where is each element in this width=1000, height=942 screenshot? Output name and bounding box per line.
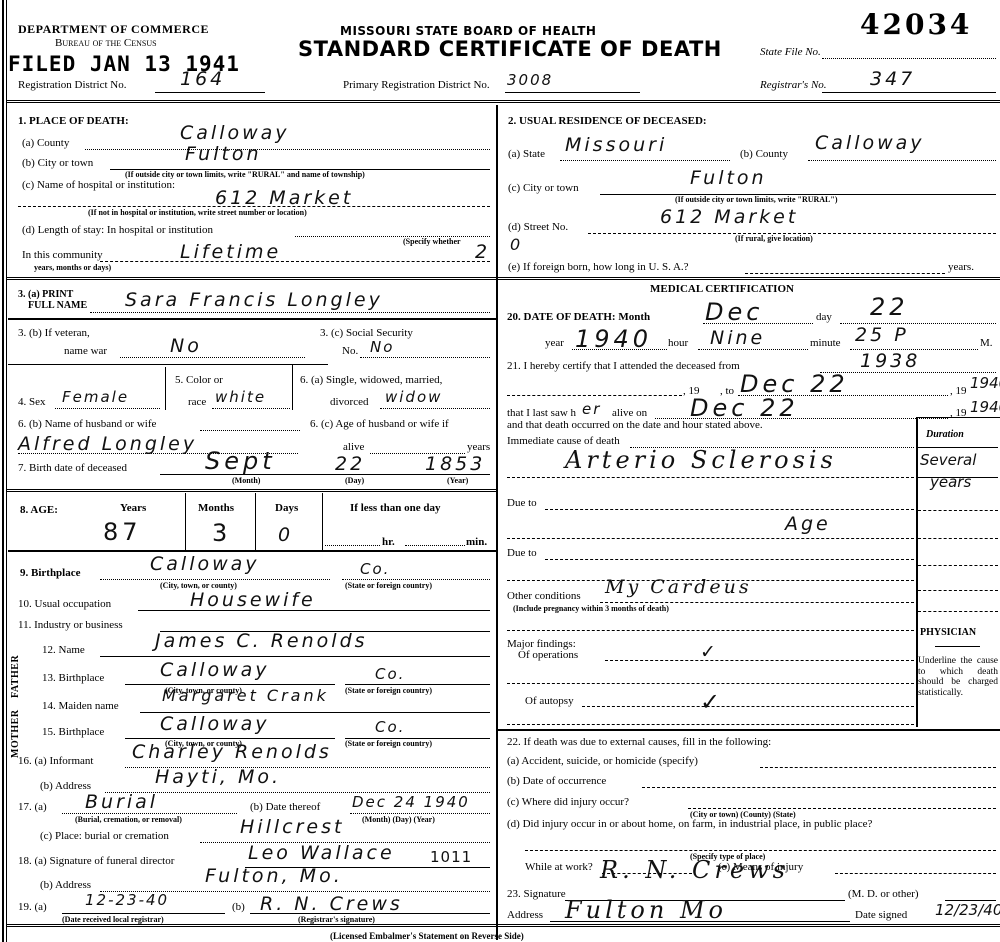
state-file-number: 42034 bbox=[860, 8, 972, 41]
last-saw-date: Dec 22 bbox=[690, 396, 799, 420]
disposal-cap: (Burial, cremation, or removal) bbox=[75, 816, 182, 824]
father-state-cap: (State or foreign country) bbox=[345, 687, 432, 695]
funeral-stamp-mark: 1011 bbox=[430, 850, 472, 865]
physician-label: PHYSICIAN bbox=[920, 628, 976, 638]
color-value: white bbox=[215, 390, 266, 405]
death-date-label: 20. DATE OF DEATH: Month bbox=[507, 312, 650, 323]
date-cap: (Month) (Day) (Year) bbox=[362, 816, 435, 824]
last-saw-pronoun: er bbox=[582, 402, 601, 417]
death-hour: Nine bbox=[710, 329, 765, 348]
registrar-sig-cap: (Registrar's signature) bbox=[298, 916, 375, 924]
dept-heading: DEPARTMENT OF COMMERCE bbox=[18, 22, 209, 37]
funeral-address-label: (b) Address bbox=[40, 880, 91, 891]
primary-district-value: 3008 bbox=[507, 73, 553, 88]
due-to-1-label: Due to bbox=[507, 498, 537, 509]
occupation-value: Housewife bbox=[190, 591, 316, 610]
father-name-label: 12. Name bbox=[42, 645, 85, 656]
county-value: Calloway bbox=[180, 124, 290, 143]
informant-address-value: Hayti, Mo. bbox=[155, 768, 281, 787]
spouse-value: Alfred Longley bbox=[18, 435, 197, 454]
attended-from: 1938 bbox=[860, 352, 920, 371]
received-label: 19. (a) bbox=[18, 902, 47, 913]
burial-place-value: Hillcrest bbox=[240, 818, 344, 837]
disposal-value: Burial bbox=[85, 793, 158, 812]
res-county-label: (b) County bbox=[740, 149, 788, 160]
date-thereof-label: (b) Date thereof bbox=[250, 802, 320, 813]
res-street-note: (If rural, give location) bbox=[735, 235, 813, 243]
informant-label: 16. (a) Informant bbox=[18, 756, 93, 767]
physician-address-label: Address bbox=[507, 910, 543, 921]
other-conditions-label: Other conditions bbox=[507, 591, 581, 602]
full-name-value: Sara Francis Longley bbox=[125, 291, 383, 310]
other-conditions-value: My Cardeus bbox=[605, 578, 752, 597]
mother-birth-state: Co. bbox=[375, 720, 405, 735]
hospital-label: (c) Name of hospital or institution: bbox=[22, 180, 175, 191]
father-birth-city: Calloway bbox=[160, 661, 270, 680]
residence-heading: 2. USUAL RESIDENCE OF DECEASED: bbox=[508, 116, 707, 127]
ss-value: No bbox=[370, 340, 394, 355]
year-label: year bbox=[545, 338, 564, 349]
funeral-director-label: 18. (a) Signature of funeral director bbox=[18, 856, 174, 867]
duration-label: Duration bbox=[926, 430, 964, 440]
days-value: 0 bbox=[278, 526, 293, 545]
years-label: Years bbox=[120, 503, 146, 514]
left-border bbox=[2, 0, 4, 942]
state-cap: (State or foreign country) bbox=[345, 582, 432, 590]
registrar-no-value: 347 bbox=[870, 70, 915, 89]
state-file-label: State File No. bbox=[760, 47, 821, 58]
ss-label-1: 3. (c) Social Security bbox=[320, 328, 413, 339]
birthplace-city: Calloway bbox=[150, 555, 260, 574]
marital-label-2: divorced bbox=[330, 397, 368, 408]
birth-day: 22 bbox=[335, 455, 365, 474]
medical-heading: MEDICAL CERTIFICATION bbox=[650, 284, 794, 295]
home-label: (d) Did injury occur in or about home, o… bbox=[507, 819, 872, 830]
place-heading: 1. PLACE OF DEATH: bbox=[18, 116, 129, 127]
mother-birth-city: Calloway bbox=[160, 715, 270, 734]
primary-district-label: Primary Registration District No. bbox=[343, 80, 490, 91]
months-value: 3 bbox=[212, 521, 231, 545]
color-label-1: 5. Color or bbox=[175, 375, 223, 386]
reg-district-label: Registration District No. bbox=[18, 80, 126, 91]
cause-value: Arterio Sclerosis bbox=[565, 448, 837, 472]
res-street-label: (d) Street No. bbox=[508, 222, 568, 233]
birthplace-label: 9. Birthplace bbox=[20, 568, 81, 579]
due-to-2-label: Due to bbox=[507, 548, 537, 559]
year-cap: (Year) bbox=[447, 477, 468, 485]
name-label-2: FULL NAME bbox=[28, 301, 87, 311]
mother-state-cap: (State or foreign country) bbox=[345, 740, 432, 748]
minute-label: minute bbox=[810, 338, 841, 349]
mother-name-label: 14. Maiden name bbox=[42, 701, 119, 712]
res-street-value: 612 Market bbox=[660, 208, 798, 227]
spouse-age-label-2: alive bbox=[343, 442, 364, 453]
day-cap: (Day) bbox=[345, 477, 364, 485]
foreign-label: (e) If foreign born, how long in U. S. A… bbox=[508, 262, 689, 273]
received-value: 12-23-40 bbox=[85, 893, 169, 908]
month-cap: (Month) bbox=[232, 477, 260, 485]
duration-value-1: Several bbox=[920, 453, 976, 468]
column-divider bbox=[496, 105, 498, 940]
specify-note: (Specify whether bbox=[403, 238, 461, 246]
other-note: (Include pregnancy within 3 months of de… bbox=[513, 605, 669, 613]
industry-label: 11. Industry or business bbox=[18, 620, 123, 631]
min-label: min. bbox=[466, 537, 487, 548]
last-saw-year: 1940 bbox=[970, 400, 1000, 415]
marital-value: widow bbox=[385, 390, 442, 405]
res-state-value: Missouri bbox=[565, 136, 667, 155]
father-birth-state: Co. bbox=[375, 667, 405, 682]
external-heading: 22. If death was due to external causes,… bbox=[507, 737, 771, 748]
months-label: Months bbox=[198, 503, 234, 514]
date-signed-label: Date signed bbox=[855, 910, 907, 921]
birth-year: 1853 bbox=[425, 455, 485, 474]
days-label: Days bbox=[275, 503, 298, 514]
name-label-1: 3. (a) PRINT bbox=[18, 290, 73, 300]
last-saw-label: that I last saw h bbox=[507, 408, 576, 419]
date-thereof-value: Dec 24 1940 bbox=[352, 795, 470, 810]
birth-label: 7. Birth date of deceased bbox=[18, 463, 127, 474]
to-year: 1940 bbox=[970, 376, 1000, 391]
veteran-label-1: 3. (b) If veteran, bbox=[18, 328, 90, 339]
burial-place-label: (c) Place: burial or cremation bbox=[40, 831, 169, 842]
footer-note: (Licensed Embalmer's Statement on Revers… bbox=[330, 932, 524, 941]
hospital-note: (If not in hospital or institution, writ… bbox=[88, 209, 307, 217]
operations-label: Of operations bbox=[518, 650, 578, 661]
autopsy-label: Of autopsy bbox=[525, 696, 574, 707]
foreign-unit: years. bbox=[948, 262, 974, 273]
mother-name-value: Margaret Crank bbox=[162, 688, 329, 704]
underline-note: Underline the cause to which death shoul… bbox=[918, 656, 998, 699]
alive-on-label: alive on bbox=[612, 408, 647, 419]
m-label: M. bbox=[980, 338, 993, 349]
funeral-address-value: Fulton, Mo. bbox=[205, 867, 343, 886]
date-signed-value: 12/23/40 bbox=[935, 903, 1000, 918]
board-heading: MISSOURI STATE BOARD OF HEALTH bbox=[340, 24, 596, 38]
years-value: 87 bbox=[103, 520, 142, 544]
disposal-label: 17. (a) bbox=[18, 802, 47, 813]
spouse-label: 6. (b) Name of husband or wife bbox=[18, 419, 156, 430]
sex-label: 4. Sex bbox=[18, 397, 46, 408]
at-work-label: While at work? bbox=[525, 862, 593, 873]
signature-value: R. N. Crews bbox=[600, 858, 789, 882]
due-to-mark: Age bbox=[785, 515, 831, 534]
reg-district-value: 164 bbox=[180, 70, 225, 89]
veteran-value: No bbox=[170, 337, 202, 356]
city-label: (b) City or town bbox=[22, 158, 93, 169]
res-state-label: (a) State bbox=[508, 149, 545, 160]
sex-value: Female bbox=[62, 390, 129, 405]
county-label: (a) County bbox=[22, 138, 69, 149]
community-label: In this community bbox=[22, 250, 103, 261]
where-label: (c) Where did injury occur? bbox=[507, 797, 629, 808]
birthplace-state: Co. bbox=[360, 562, 390, 577]
marital-label-1: 6. (a) Single, widowed, married, bbox=[300, 375, 442, 386]
mother-birth-label: 15. Birthplace bbox=[42, 727, 104, 738]
accident-label: (a) Accident, suicide, or homicide (spec… bbox=[507, 756, 698, 767]
community-mark: 2 bbox=[475, 243, 490, 262]
registrar-no-label: Registrar's No. bbox=[760, 80, 827, 91]
autopsy-check: ✓ bbox=[700, 690, 724, 714]
community-note: years, months or days) bbox=[34, 264, 111, 272]
mother-side-label: MOTHER bbox=[10, 698, 21, 758]
community-value: Lifetime bbox=[180, 243, 281, 262]
page-title: STANDARD CERTIFICATE OF DEATH bbox=[298, 37, 722, 61]
death-minute: 25 P bbox=[855, 326, 909, 345]
occupation-label: 10. Usual occupation bbox=[18, 599, 111, 610]
spouse-age-label-1: 6. (c) Age of husband or wife if bbox=[310, 419, 449, 430]
less-than-day-label: If less than one day bbox=[350, 503, 440, 514]
death-day: 22 bbox=[870, 295, 909, 319]
hour-label: hour bbox=[668, 338, 688, 349]
certify-label: 21. I hereby certify that I attended the… bbox=[507, 361, 740, 372]
res-city-label: (c) City or town bbox=[508, 183, 579, 194]
signature-label: 23. Signature bbox=[507, 889, 566, 900]
ss-label-2: No. bbox=[342, 346, 358, 357]
city-note: (If outside city or town limits, write "… bbox=[125, 171, 365, 179]
md-label: (M. D. or other) bbox=[848, 889, 919, 900]
res-mark: 0 bbox=[510, 237, 523, 253]
attended-to: Dec 22 bbox=[740, 372, 849, 396]
registrar-sig-label: (b) bbox=[232, 902, 245, 913]
city-value: Fulton bbox=[185, 145, 262, 164]
res-city-value: Fulton bbox=[690, 169, 767, 188]
res-city-note: (If outside city or town limits, write "… bbox=[675, 196, 838, 204]
bureau-heading: Bureau of the Census bbox=[55, 38, 157, 49]
father-side-label: FATHER bbox=[10, 640, 21, 698]
funeral-director-value: Leo Wallace bbox=[248, 844, 395, 863]
death-month: Dec bbox=[705, 300, 763, 324]
physician-address-value: Fulton Mo bbox=[565, 898, 727, 922]
color-label-2: race bbox=[188, 397, 206, 408]
to-nineteen-label: , 19 bbox=[950, 386, 967, 397]
veteran-label-2: name war bbox=[64, 346, 107, 357]
left-border-inner bbox=[6, 0, 7, 942]
hr-label: hr. bbox=[382, 537, 395, 548]
spouse-age-unit: years bbox=[467, 442, 490, 453]
operations-check: ✓ bbox=[700, 643, 719, 662]
res-county-value: Calloway bbox=[815, 134, 925, 153]
death-year: 1940 bbox=[575, 327, 652, 351]
occurred-text: and that death occurred on the date and … bbox=[507, 420, 763, 431]
father-birth-label: 13. Birthplace bbox=[42, 673, 104, 684]
informant-address-label: (b) Address bbox=[40, 781, 91, 792]
birth-month: Sept bbox=[205, 449, 276, 473]
received-cap: (Date received local registrar) bbox=[62, 916, 164, 924]
age-label: 8. AGE: bbox=[20, 505, 58, 516]
informant-value: Charley Renolds bbox=[132, 743, 332, 762]
day-label: day bbox=[816, 312, 832, 323]
stay-label: (d) Length of stay: In hospital or insti… bbox=[22, 225, 213, 236]
father-name-value: James C. Renolds bbox=[155, 632, 368, 651]
occurrence-label: (b) Date of occurrence bbox=[507, 776, 606, 787]
registrar-sig-value: R. N. Crews bbox=[260, 895, 403, 914]
